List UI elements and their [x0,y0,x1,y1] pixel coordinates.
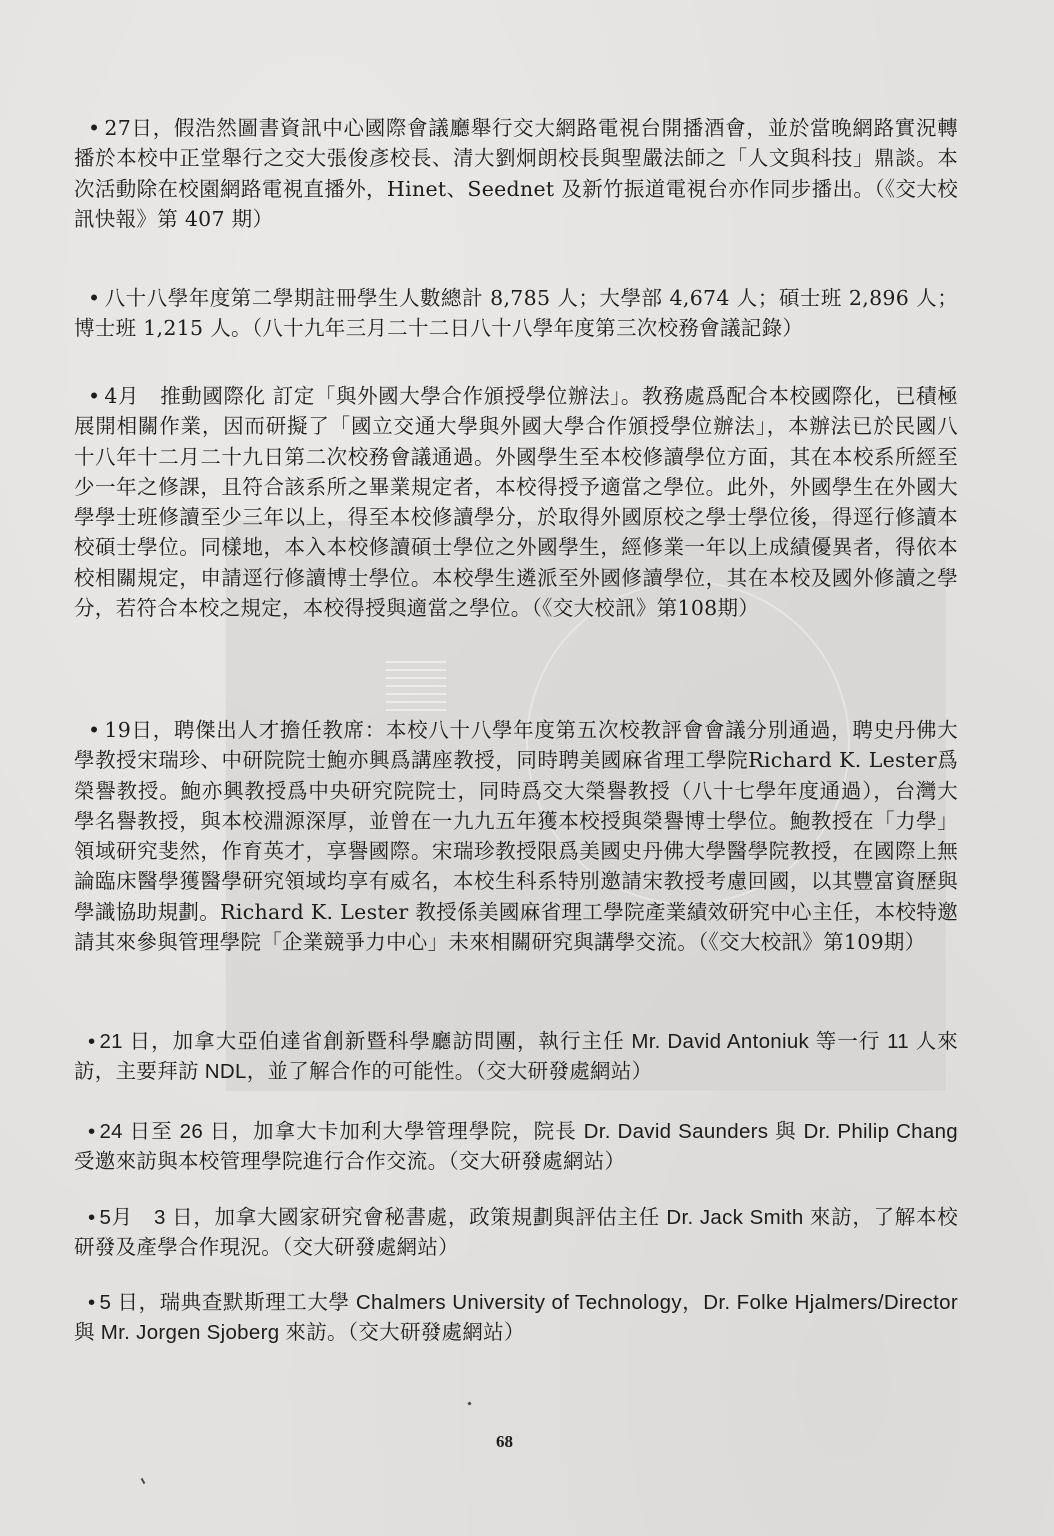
entry-tv-station-launch: •27日，假浩然圖書資訊中心國際會議廳舉行交大網路電視台開播酒會，並於當晚網路實… [74,113,958,234]
entry-internationalization-policy: •4月 推動國際化 訂定「與外國大學合作頒授學位辦法」。教務處爲配合本校國際化，… [74,381,958,623]
bullet-icon: • [88,1030,95,1053]
entry-text: 27日，假浩然圖書資訊中心國際會議廳舉行交大網路電視台開播酒會，並於當晚網路實況… [74,116,958,231]
bullet-icon: • [88,286,100,310]
bullet-icon: • [88,1206,95,1229]
bullet-icon: • [88,1120,95,1143]
entry-text: 21 日，加拿大亞伯達省創新暨科學廳訪問團，執行主任 Mr. David Ant… [74,1030,958,1083]
scan-speck-mark [141,1478,146,1484]
entry-text: 5月 3 日，加拿大國家研究會秘書處，政策規劃與評估主任 Dr. Jack Sm… [74,1206,958,1259]
entry-text: 八十八學年度第二學期註冊學生人數總計 8,785 人；大學部 4,674 人；碩… [74,286,958,340]
scan-speck-mark [467,1401,471,1405]
entry-text: 4月 推動國際化 訂定「與外國大學合作頒授學位辦法」。教務處爲配合本校國際化，已… [74,384,958,620]
bullet-icon: • [88,1291,95,1314]
entry-text: 5 日，瑞典查默斯理工大學 Chalmers University of Tec… [74,1291,958,1344]
bullet-icon: • [88,384,100,408]
page-number: 68 [496,1432,513,1452]
watermark-lines-decoration [386,661,446,717]
entry-chalmers-visit: •5 日，瑞典查默斯理工大學 Chalmers University of Te… [74,1288,958,1349]
entry-alberta-delegation: •21 日，加拿大亞伯達省創新暨科學廳訪問團，執行主任 Mr. David An… [74,1027,958,1088]
entry-text: 24 日至 26 日，加拿大卡加利大學管理學院，院長 Dr. David Sau… [74,1120,958,1173]
bullet-icon: • [88,116,100,140]
scanned-page: •27日，假浩然圖書資訊中心國際會議廳舉行交大網路電視台開播酒會，並於當晚網路實… [0,0,1054,1536]
entry-nrc-canada-visit: •5月 3 日，加拿大國家研究會秘書處，政策規劃與評估主任 Dr. Jack S… [74,1203,958,1264]
entry-faculty-appointments: •19日，聘傑出人才擔任教席：本校八十八學年度第五次校教評會會議分別通過，聘史丹… [74,715,958,957]
entry-text: 19日，聘傑出人才擔任教席：本校八十八學年度第五次校教評會會議分別通過，聘史丹佛… [74,718,958,954]
entry-enrollment-stats: •八十八學年度第二學期註冊學生人數總計 8,785 人；大學部 4,674 人；… [74,283,958,344]
bullet-icon: • [88,718,100,742]
entry-calgary-visit: •24 日至 26 日，加拿大卡加利大學管理學院，院長 Dr. David Sa… [74,1117,958,1178]
